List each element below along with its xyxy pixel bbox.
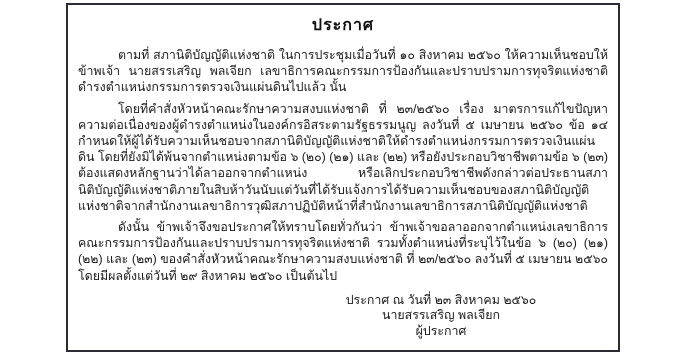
paragraph-legal-basis: โดยที่คำสั่งหัวหน้าคณะรักษาความสงบแห่งชา… xyxy=(78,101,608,214)
announcement-page: ประกาศ ตามที่ สภานิติบัญญัติแห่งชาติ ในก… xyxy=(66,3,620,352)
paragraph-preamble: ตามที่ สภานิติบัญญัติแห่งชาติ ในการประชุ… xyxy=(78,47,608,96)
paragraph-resignation: ดังนั้น ข้าพเจ้าจึงขอประกาศให้ทราบโดยทั่… xyxy=(78,219,608,284)
page-title: ประกาศ xyxy=(78,13,608,38)
signature-name: นายสรรเสริญ พลเจียก xyxy=(316,308,566,323)
signature-role: ผู้ประกาศ xyxy=(316,324,566,339)
signature-block: ประกาศ ณ วันที่ ๒๓ สิงหาคม ๒๕๖๐ นายสรรเส… xyxy=(316,293,566,339)
signature-date-line: ประกาศ ณ วันที่ ๒๓ สิงหาคม ๒๕๖๐ xyxy=(316,293,566,308)
